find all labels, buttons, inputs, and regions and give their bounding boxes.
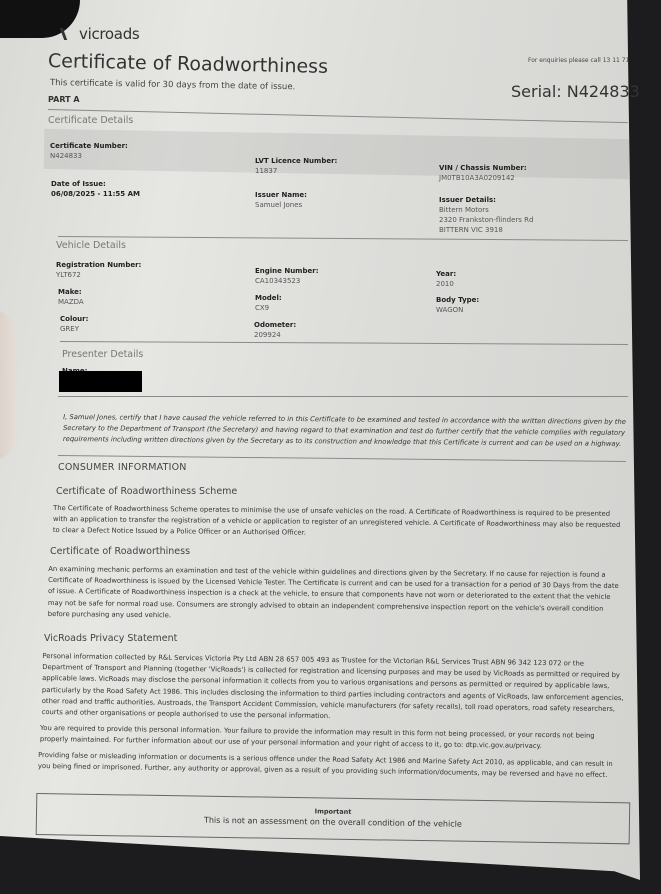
issuer-details-field: Issuer Details: Bittern Motors 2320 Fran… [439, 195, 533, 235]
field-value: YLT672 [56, 270, 141, 280]
field-label: Issuer Name: [255, 190, 307, 200]
privacy-text-2: You are required to provide this persona… [40, 723, 624, 754]
field-label: Year: [436, 269, 456, 279]
certificate-number-field: Certificate Number: N424833 [50, 141, 128, 161]
consumer-information-heading: CONSUMER INFORMATION [58, 462, 187, 473]
field-value: 209924 [254, 330, 296, 340]
certificate-heading: Certificate of Roadworthiness [50, 546, 190, 557]
certificate-details-heading: Certificate Details [48, 115, 133, 126]
certification-statement: I, Samuel Jones, certify that I have cau… [63, 412, 629, 450]
roadworthiness-certificate: vicroads Certificate of Roadworthiness T… [0, 0, 661, 894]
field-label: Model: [255, 293, 282, 303]
field-value: 11837 [255, 166, 337, 176]
field-label: Issuer Details: [439, 195, 533, 205]
divider [60, 341, 628, 345]
engine-number-field: Engine Number: CA10343523 [255, 266, 319, 286]
divider [58, 236, 628, 241]
field-value: Samuel Jones [255, 200, 307, 210]
field-value: CA10343523 [255, 276, 319, 286]
validity-note: This certificate is valid for 30 days fr… [50, 78, 295, 92]
field-label: Body Type: [436, 295, 479, 305]
field-value: BITTERN VIC 3918 [439, 225, 533, 235]
field-value: JM0TB10A3A0209142 [439, 173, 527, 183]
field-value: N424833 [50, 151, 128, 161]
vin-field: VIN / Chassis Number: JM0TB10A3A0209142 [439, 163, 527, 183]
part-label: PART A [48, 95, 80, 104]
field-value: GREY [60, 324, 88, 334]
certificate-text: An examining mechanic performs an examin… [48, 564, 624, 626]
divider [58, 396, 628, 397]
divider [58, 455, 626, 462]
enquiries-phone: For enquiries please call 13 11 71 [528, 57, 629, 64]
field-value: WAGON [436, 305, 479, 315]
field-value: 2320 Frankston-flinders Rd [439, 215, 533, 225]
vehicle-details-heading: Vehicle Details [56, 240, 126, 251]
logo-text: vicroads [79, 25, 139, 43]
serial-number: Serial: N424833 [511, 82, 640, 101]
colour-field: Colour: GREY [60, 314, 88, 334]
registration-field: Registration Number: YLT672 [56, 260, 141, 280]
scheme-heading: Certificate of Roadworthiness Scheme [56, 486, 237, 497]
field-value: 06/08/2025 - 11:55 AM [51, 189, 140, 199]
lvt-licence-field: LVT Licence Number: 11837 [255, 156, 337, 176]
field-label: LVT Licence Number: [255, 156, 337, 166]
privacy-text-3: Providing false or misleading informatio… [38, 750, 624, 782]
field-label: Make: [58, 287, 84, 297]
vicroads-logo-icon [60, 28, 77, 40]
field-label: Certificate Number: [50, 141, 128, 151]
field-label: Engine Number: [255, 266, 319, 276]
field-value: 2010 [436, 279, 456, 289]
important-notice: Important This is not an assessment on t… [36, 793, 631, 844]
field-label: Colour: [60, 314, 88, 324]
body-type-field: Body Type: WAGON [436, 295, 479, 315]
scheme-text: The Certificate of Roadworthiness Scheme… [53, 503, 623, 543]
date-of-issue-field: Date of Issue: 06/08/2025 - 11:55 AM [51, 179, 140, 199]
privacy-heading: VicRoads Privacy Statement [44, 633, 177, 644]
redacted-name [59, 371, 142, 392]
field-label: VIN / Chassis Number: [439, 163, 527, 173]
field-label: Registration Number: [56, 260, 141, 270]
year-field: Year: 2010 [436, 269, 456, 289]
issuer-name-field: Issuer Name: Samuel Jones [255, 190, 307, 210]
vicroads-logo: vicroads [62, 25, 139, 43]
field-label: Odometer: [254, 320, 296, 330]
divider [48, 109, 628, 123]
presenter-details-heading: Presenter Details [62, 349, 143, 360]
make-field: Make: MAZDA [58, 287, 84, 307]
field-value: CX9 [255, 303, 282, 313]
field-value: MAZDA [58, 297, 84, 307]
model-field: Model: CX9 [255, 293, 282, 313]
document-title: Certificate of Roadworthiness [48, 50, 328, 78]
privacy-text-1: Personal information collected by R&L Se… [42, 651, 625, 726]
odometer-field: Odometer: 209924 [254, 320, 296, 340]
field-label: Date of Issue: [51, 179, 140, 189]
field-value: Bittern Motors [439, 205, 533, 215]
